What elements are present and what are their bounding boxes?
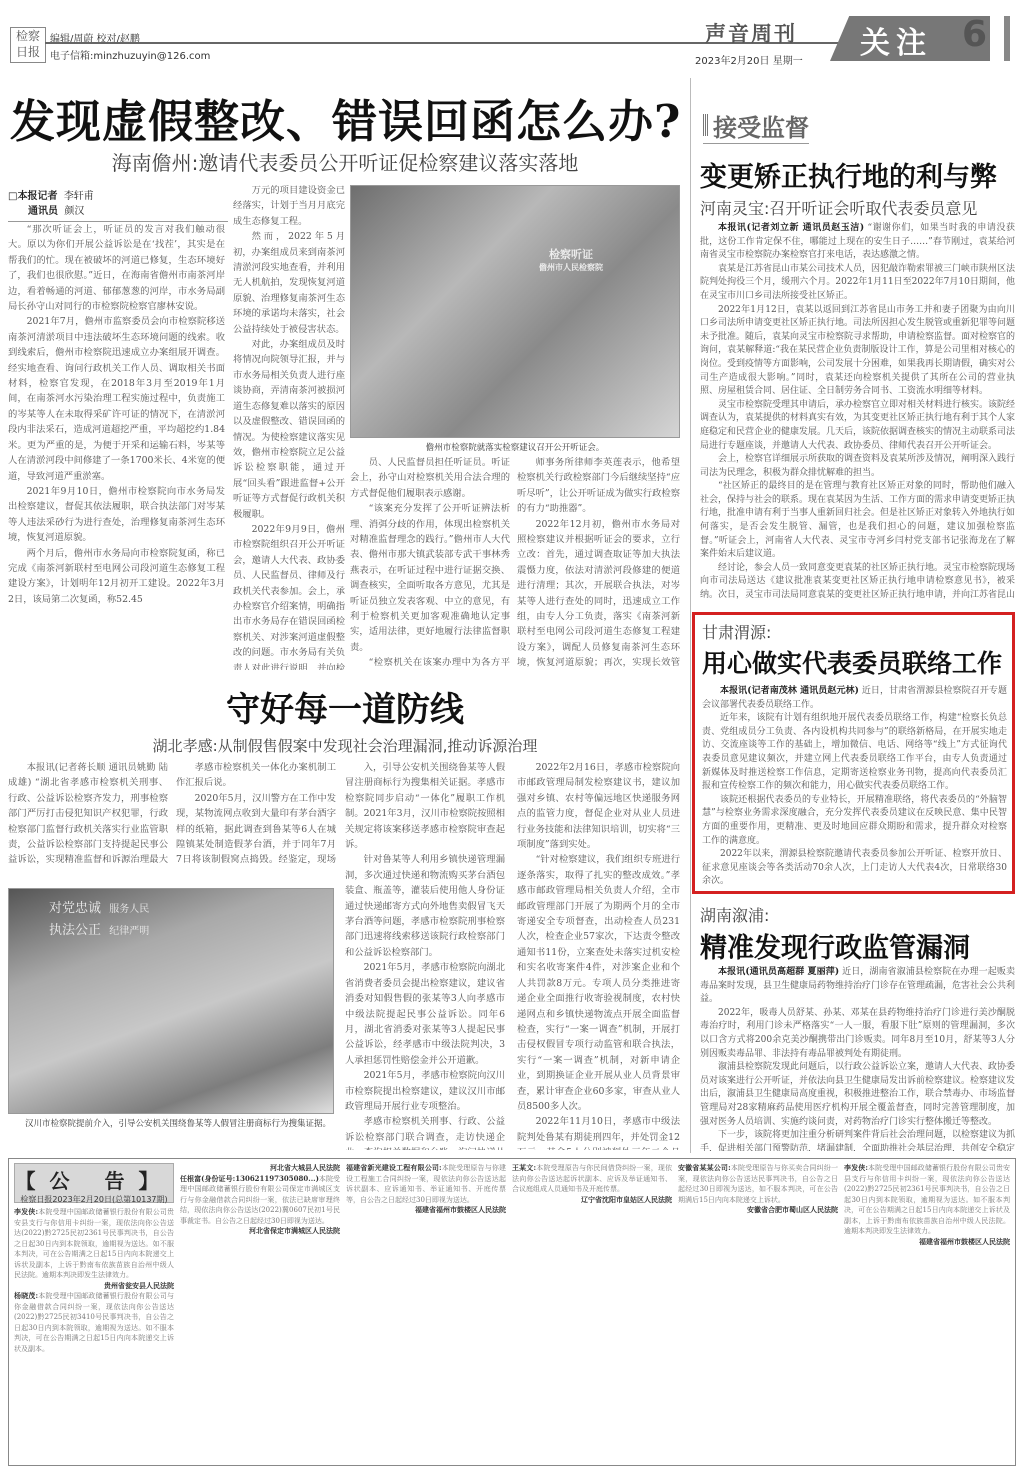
logo-text: 检察日报 bbox=[16, 29, 40, 59]
rail-story2-body: 本报讯(记者南茂林 通讯员赵元林) 近日，甘肃省渭源县检察院召开专题会议部署代表… bbox=[702, 685, 1007, 885]
notice-party: 福建省新光建设工程有限公司: bbox=[346, 1163, 442, 1172]
second-column-1: 本报讯(记者蒋长顺 通讯员姚勤 陆成雄) “湖北省孝感市检察机关刑事、行政、公益… bbox=[8, 760, 168, 865]
byline-reporter-label: □本报记者 bbox=[8, 191, 57, 202]
newspaper-logo: 检察日报 bbox=[10, 27, 46, 63]
paragraph: 2022年9月9日，儋州市检察院组织召开公开听证会，邀请人大代表、政协委员、人民… bbox=[233, 522, 345, 670]
hearing-photo: 检察听证 儋州市人民检察院 bbox=[350, 185, 680, 438]
second-subhead: 湖北孝感:从制假售假案中发现社会治理漏洞,推动诉源治理 bbox=[0, 735, 690, 756]
notice-column: 李发侠:本院受理中国邮政储蓄银行股份有限公司贵安县支行与你信用卡纠纷一案，现依法… bbox=[844, 1163, 1010, 1462]
page-bar bbox=[1004, 16, 1010, 61]
lead-column-2: 万元的项目建设资金已经落实，计划于当月月底完成生态修复工程。 然而，2022年5… bbox=[233, 183, 345, 670]
paragraph: 灵宝市检察院受理其申请后，承办检察官立即对相关材料进行核实。该院经调查认为，袁某… bbox=[700, 399, 1015, 453]
notice-column: 福建省新光建设工程有限公司:本院受理原告与你建设工程施工合同纠纷一案，现依法向你… bbox=[346, 1163, 506, 1462]
paragraph: 万元的项目建设资金已经落实，计划于当月月底完成生态修复工程。 bbox=[233, 183, 345, 229]
hearing-photo-caption: 儋州市检察院就落实检察建议召开公开听证会。 bbox=[350, 441, 680, 453]
paragraph: “该案充分发挥了公开听证辨法析理、消弭分歧的作用，体现出检察机关对精准监督理念的… bbox=[350, 501, 510, 655]
paragraph: 2020年5月，汉川警方在工作中发现，某物流网点收到大量印有茅台酒字样的纸箱，据… bbox=[176, 791, 336, 865]
notice-court: 福建省福州市鼓楼区人民法院 bbox=[844, 1237, 1010, 1248]
column-divider bbox=[690, 78, 691, 1153]
weekly-brand: 声音周刊 bbox=[705, 18, 797, 48]
notice-party: 任根富(身份证号:130621197305080...) bbox=[180, 1174, 319, 1183]
lead-column-3: 员、人民监督员担任听证员。听证会上，孙守山对检察机关用合法合理的方式督促他们履职… bbox=[350, 455, 510, 670]
paragraph: 针对鲁某等人利用乡镇快递管理漏洞，多次通过快递和物流购买茅台酒包装盒、瓶盖等，灌… bbox=[345, 852, 505, 960]
notice-party: 李发侠: bbox=[844, 1163, 868, 1172]
rail-story3-lead: 本报讯(通讯员高超群 夏丽萍) bbox=[718, 967, 839, 977]
paragraph: 经讨论，参会人员一致同意变更袁某的社区矫正执行地。灵宝市检察院现场向市司法局送达… bbox=[700, 562, 1015, 602]
banner-text: 纪律严明 bbox=[109, 926, 149, 937]
paragraph: 下一步，该院将更加注重分析研判案件背后社会治理问题，以检察建议为抓手，促进相关部… bbox=[700, 1129, 1015, 1151]
rail-kicker: 接受监督 bbox=[703, 108, 809, 144]
notice-court: 河北省保定市满城区人民法院 bbox=[180, 1226, 340, 1237]
lead-subhead: 海南儋州:邀请代表委员公开听证促检察建议落实落地 bbox=[0, 147, 690, 176]
paragraph: 2022年11月10日，孝感市中级法院判处鲁某有期徒刑四年，并处罚金12万元。其… bbox=[517, 1114, 680, 1150]
notice-body: 本院受理中国邮政储蓄银行股份有限公司贵安县支行与你信用卡纠纷一案，现依法向你公告… bbox=[844, 1164, 1010, 1235]
paragraph: “社区矫正的最终目的是在管理与教育社区矫正对象的同时，帮助他们融入社会，保持与社… bbox=[700, 480, 1015, 562]
paragraph: 孝感市检察机关刑事、行政、公益诉讼检察部门联合调查，走访快递企业，查询相关数据和… bbox=[345, 1114, 505, 1150]
paragraph: 2022年12月初，儋州市水务局对照检察建议并根据听证会的要求，立行立改：首先，… bbox=[517, 517, 680, 670]
paragraph: 2021年9月10日，儋州市检察院向市水务局发出检察建议，督促其依法履职，联合执… bbox=[8, 484, 225, 546]
notice-party: 安徽省某某公司: bbox=[678, 1163, 731, 1172]
notice-column: 安徽省某某公司:本院受理原告与你买卖合同纠纷一案，现依法向你公告送达民事判决书，… bbox=[678, 1163, 838, 1462]
xiaogan-photo: 对党忠诚 服务人民 执法公正 纪律严明 bbox=[8, 888, 334, 1114]
issue-date: 2023年2月20日 星期一 bbox=[695, 52, 803, 67]
paragraph: 2022年1月12日，袁某以返回到江苏省昆山市务工并和妻子团聚为由向川口乡司法所… bbox=[700, 304, 1015, 399]
paragraph: 两个月后，儋州市水务局向市检察院复函，称已完成《南茶河新联村至电网公司段河道生态… bbox=[8, 546, 225, 608]
paragraph: 入，引导公安机关围绕鲁某等人假冒注册商标行为搜集相关证据。孝感市检察院同步启动“… bbox=[345, 760, 505, 852]
photo-sign-line-2: 儋州市人民检察院 bbox=[521, 262, 621, 273]
notice-issue: 检察日报2023年2月20日(总第10137期) bbox=[15, 1194, 173, 1205]
email-line: 电子信箱:minzhuzuyin@126.com bbox=[50, 47, 210, 62]
paragraph: 2022年2月16日，孝感市检察院向市邮政管理局制发检察建议书，建议加强对乡镇、… bbox=[517, 760, 680, 852]
banner-text: 执法公正 bbox=[49, 923, 101, 938]
rail-story1-lead: 本报讯(记者刘立新 通讯员赵玉洁) bbox=[718, 223, 864, 233]
rail-story3-kicker: 湖南溆浦: bbox=[700, 903, 769, 926]
notice-column: 李发侠:本院受理中国邮政储蓄银行股份有限公司贵安县支行与你信用卡纠纷一案，现依法… bbox=[14, 1207, 174, 1462]
lead-headline: 发现虚假整改、错误回函怎么办? bbox=[10, 85, 681, 150]
banner-text: 服务人民 bbox=[109, 904, 149, 915]
rail-story2-kicker: 甘肃渭源: bbox=[702, 620, 771, 643]
notice-title: 【公 告】 bbox=[15, 1165, 173, 1194]
xiaogan-photo-caption: 汉川市检察院提前介入，引导公安机关围绕鲁某等人假冒注册商标行为搜集证据。 bbox=[8, 1117, 334, 1129]
second-column-3: 入，引导公安机关围绕鲁某等人假冒注册商标行为搜集相关证据。孝感市检察院同步启动“… bbox=[345, 760, 505, 1150]
rail-story2-lead: 本报讯(记者南茂林 通讯员赵元林) bbox=[720, 686, 859, 696]
rail-story3-body: 本报讯(通讯员高超群 夏丽萍) 近日，湖南省溆浦县检察院在办理一起贩卖毒品案时发… bbox=[700, 966, 1015, 1151]
notice-party: 王某文: bbox=[512, 1163, 536, 1172]
paragraph: 2022年以来，渭源县检察院邀请代表委员参加公开听证、检察开放日、征求意见座谈会… bbox=[702, 848, 1007, 885]
paragraph: 师事务所律师李英莲表示，他希望检察机关行政检察部门今后继续坚持“应听尽听”，让公… bbox=[517, 455, 680, 517]
notice-body: 本院受理中国邮政储蓄银行股份有限公司与你金融借款合同纠纷一案，现依法向你公告送达… bbox=[14, 1292, 174, 1353]
page-number: 6 bbox=[962, 14, 987, 55]
rail-story3-headline: 精准发现行政监管漏洞 bbox=[700, 926, 970, 965]
paragraph: 然而，2022年5月初，办案组成员来到南茶河清淤河段实地查看，并利用无人机航拍，… bbox=[233, 229, 345, 337]
notice-court: 河北省大城县人民法院 bbox=[180, 1163, 340, 1174]
paragraph: “针对检察建议，我们组织专班进行逐条落实，取得了扎实的整改成效。”孝感市邮政管理… bbox=[517, 852, 680, 1114]
paragraph: 近年来，该院有计划有组织地开展代表委员联络工作，构建“检察长负总责、党组成员分工… bbox=[702, 712, 1007, 794]
paragraph: 本报讯(记者蒋长顺 通讯员姚勤 陆成雄) “湖北省孝感市检察机关刑事、行政、公益… bbox=[8, 760, 168, 865]
paragraph: 2021年5月，孝感市检察院向汉川市检察院提出检察建议，建议汉川市邮政管理局开展… bbox=[345, 1068, 505, 1114]
rail-story1-subhead: 河南灵宝:召开听证会听取代表委员意见 bbox=[700, 196, 977, 219]
notice-column: 河北省大城县人民法院任根富(身份证号:130621197305080...)本院… bbox=[180, 1163, 340, 1462]
second-column-2: 孝感市检察机关一体化办案机制工作汇报后说。 2020年5月，汉川警方在工作中发现… bbox=[176, 760, 336, 865]
notice-column: 王某文:本院受理原告与你民间借贷纠纷一案，现依法向你公告送达起诉状副本、应诉及举… bbox=[512, 1163, 672, 1462]
lead-column-1: “那次听证会上，听证员的发言对我们触动很大。原以为你们开展公益诉讼是在‘找茬’，… bbox=[8, 222, 225, 670]
photo-sign-line-1: 检察听证 bbox=[521, 246, 621, 262]
notice-court: 福建省福州市鼓楼区人民法院 bbox=[346, 1205, 506, 1216]
second-column-4: 2022年2月16日，孝感市检察院向市邮政管理局制发检察建议书，建议加强对乡镇、… bbox=[517, 760, 680, 1150]
byline-reporter: 李轩甫 bbox=[64, 191, 94, 202]
paragraph: 溆浦县检察院发现此问题后，以行政公益诉讼立案，邀请人大代表、政协委员对该案进行公… bbox=[700, 1061, 1015, 1129]
photo-wall-sign: 检察听证 儋州市人民检察院 bbox=[521, 246, 621, 273]
byline-correspondent-label: 通讯员 bbox=[28, 206, 58, 217]
paragraph: “那次听证会上，听证员的发言对我们触动很大。原以为你们开展公益诉讼是在‘找茬’，… bbox=[8, 222, 225, 314]
paragraph: “检察机关在该案办理中为各方平等交流对话提供了平台，消除了行政机关对司法办案的疑… bbox=[350, 655, 510, 670]
paragraph: 员、人民监督员担任听证员。听证会上，孙守山对检察机关用合法合理的方式督促他们履职… bbox=[350, 455, 510, 501]
paragraph: 2022年，吸毒人员舒某、孙某、邓某在县药物维持治疗门诊进行美沙酮脱毒治疗时，利… bbox=[700, 1007, 1015, 1061]
notice-header: 【公 告】 检察日报2023年2月20日(总第10137期) bbox=[14, 1163, 174, 1203]
second-headline: 守好每一道防线 bbox=[0, 682, 690, 731]
paragraph: 袁某是江苏省昆山市某公司技术人员，因犯敲诈勒索罪被三门峡市陕州区法院判处拘役三个… bbox=[700, 263, 1015, 304]
notice-court: 安徽省合肥市蜀山区人民法院 bbox=[678, 1205, 838, 1216]
lead-byline: □本报记者 李轩甫 通讯员 颜汉 bbox=[8, 187, 228, 222]
notice-party: 李发侠: bbox=[14, 1207, 38, 1216]
paragraph: 对此，办案组成员及时将情况向院领导汇报，并与市水务局相关负责人进行座谈协商，弄清… bbox=[233, 337, 345, 522]
photo-banner: 对党忠诚 服务人民 bbox=[49, 897, 149, 916]
rail-story2-headline: 用心做实代表委员联络工作 bbox=[702, 644, 1002, 680]
notice-court: 辽宁省沈阳市皇姑区人民法院 bbox=[512, 1195, 672, 1206]
photo-banner: 执法公正 纪律严明 bbox=[49, 919, 149, 938]
paragraph: 2021年5月，孝感市检察院向湖北省消费者委员会提出检察建议，建议省消委对知假售… bbox=[345, 960, 505, 1068]
section-label: 关注 bbox=[860, 18, 932, 62]
banner-text: 对党忠诚 bbox=[49, 901, 101, 916]
rail-story1-body: 本报讯(记者刘立新 通讯员赵玉洁) “谢谢你们，如果当时我的申请没获批，这份工作… bbox=[700, 222, 1015, 602]
paragraph: 孝感市检察机关一体化办案机制工作汇报后说。 bbox=[176, 760, 336, 791]
paragraph: 该院还根据代表委员的专业特长，开展精准联络，将代表委员的“外脑智慧”与检察业务需… bbox=[702, 794, 1007, 848]
notice-body: 本院受理原告与你民间借贷纠纷一案，现依法向你公告送达起诉状副本、应诉及举证通知书… bbox=[512, 1164, 672, 1193]
rail-story1-headline: 变更矫正执行地的利与弊 bbox=[700, 155, 997, 194]
notice-party: 杨晓茂: bbox=[14, 1291, 38, 1300]
notice-court: 贵州省瓮安县人民法院 bbox=[14, 1281, 174, 1292]
lead-column-4: 师事务所律师李英莲表示，他希望检察机关行政检察部门今后继续坚持“应听尽听”，让公… bbox=[517, 455, 680, 670]
byline-correspondent: 颜汉 bbox=[64, 206, 84, 217]
paragraph: 2021年7月，儋州市监察委员会向市检察院移送南茶河清淤项目中违法破坏生态环境问… bbox=[8, 314, 225, 483]
paragraph: 会上，检察官详细展示所获取的调查资料及袁某所涉及情况，阐明深入践行司法为民理念，… bbox=[700, 453, 1015, 480]
notice-body: 本院受理中国邮政储蓄银行股份有限公司贵安县支行与你信用卡纠纷一案，现依法向你公告… bbox=[14, 1208, 174, 1279]
